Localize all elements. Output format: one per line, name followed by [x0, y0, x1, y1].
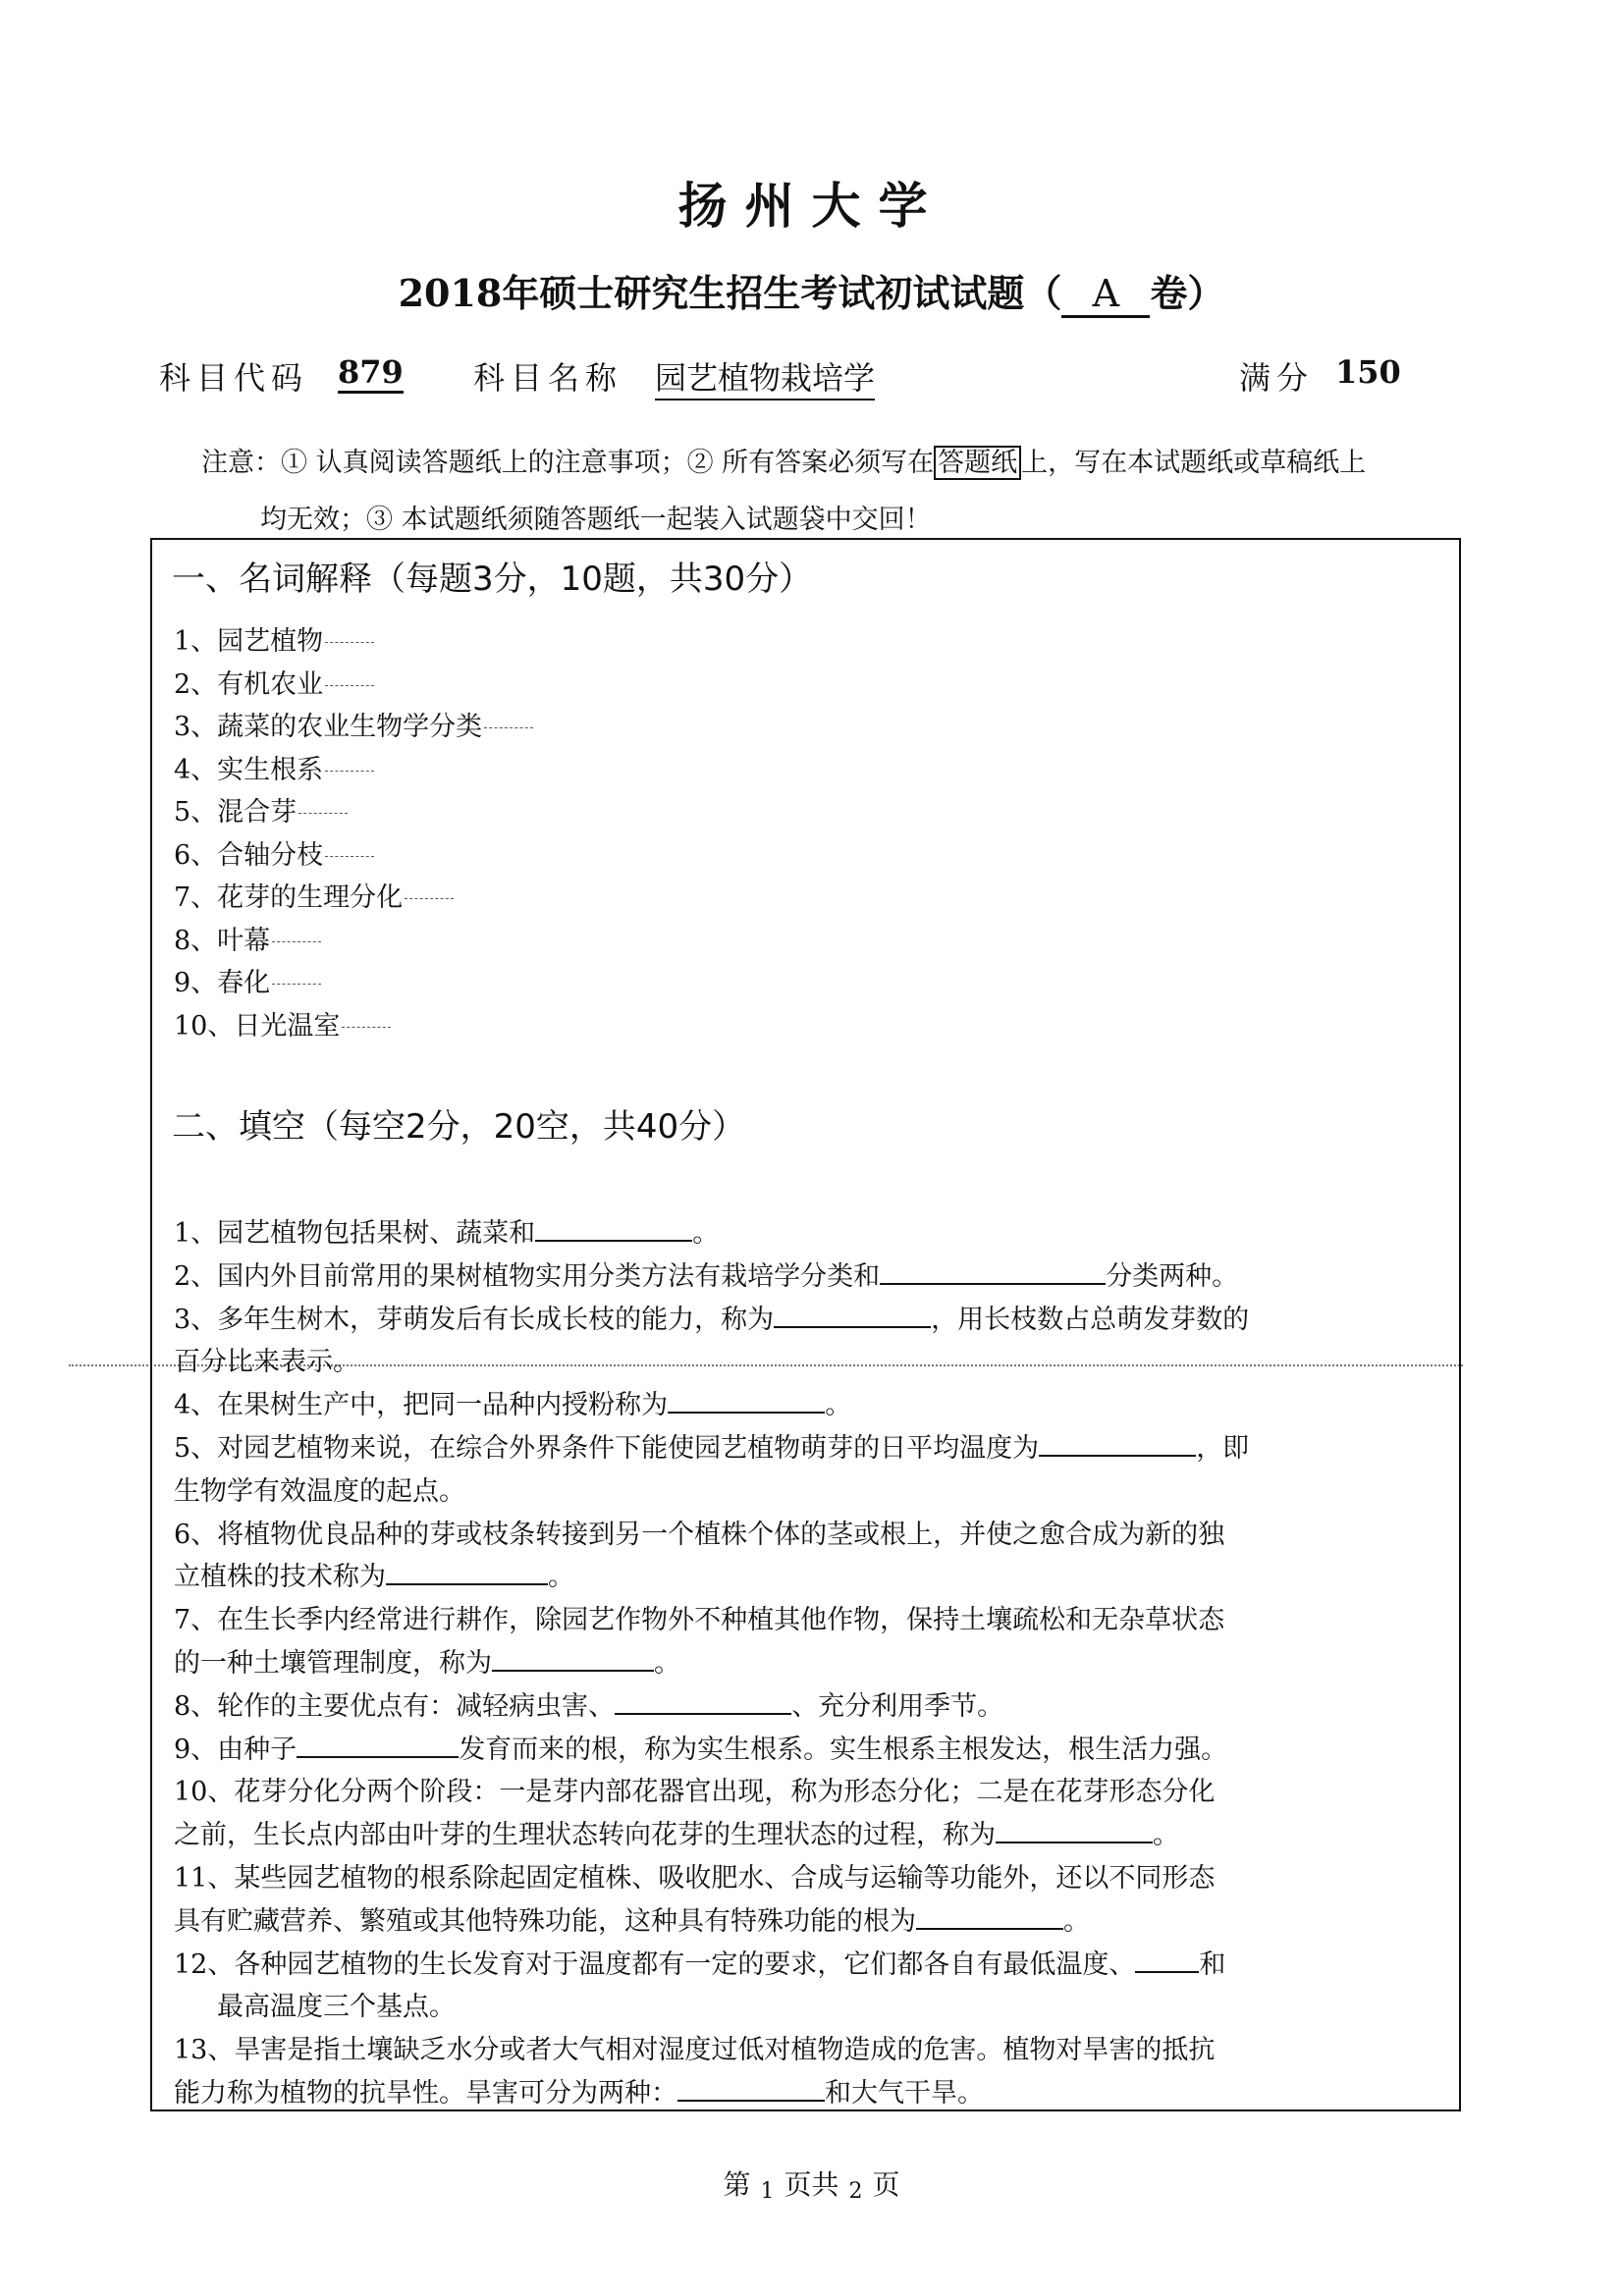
notice-text: ① 认真阅读答题纸上的注意事项；② 所有答案必须写在	[281, 448, 934, 478]
university-title: 扬州大学	[0, 167, 1623, 238]
exam-title-prefix: 2018年硕士研究生招生考试初试试题（	[399, 271, 1062, 315]
page-footer: 第1页共2页	[0, 2163, 1623, 2204]
subject-info-row: 科目代码 879 科目名称 园艺植物栽培学 满分 150	[159, 353, 1396, 402]
term-item: 3、蔬菜的农业生物学分类	[174, 706, 533, 749]
page-total: 2	[839, 2179, 873, 2204]
section-1-title: 一、名词解释（每题3分，10题，共30分）	[172, 552, 812, 600]
answer-blank	[492, 1642, 654, 1672]
question-11-cont: 具有贮藏营养、繁殖或其他特殊功能，这种具有特殊功能的根为。	[174, 1900, 1440, 1944]
term-item: 6、合轴分枝	[174, 834, 533, 878]
answer-blank	[1039, 1427, 1196, 1457]
question-6: 6、将植物优良品种的芽或枝条转接到另一个植株个体的茎或根上，并使之愈合成为新的独	[174, 1514, 1440, 1557]
answer-blank	[677, 2072, 825, 2102]
question-11: 11、某些园艺植物的根系除起固定植株、吸收肥水、合成与运输等功能外，还以不同形态	[174, 1857, 1440, 1900]
answer-blank	[297, 1729, 459, 1758]
subject-name-label: 科目名称	[473, 353, 622, 399]
term-item: 5、混合芽	[174, 791, 533, 834]
question-5-cont: 生物学有效温度的起点。	[174, 1470, 1440, 1514]
term-list: 1、园艺植物 2、有机农业 3、蔬菜的农业生物学分类 4、实生根系 5、混合芽 …	[174, 620, 533, 1047]
question-8: 8、轮作的主要优点有：减轻病虫害、、充分利用季节。	[174, 1685, 1440, 1729]
question-12: 12、各种园艺植物的生长发育对于温度都有一定的要求，它们都各自有最低温度、和	[174, 1944, 1440, 1987]
question-5: 5、对园艺植物来说，在综合外界条件下能使园艺植物萌芽的日平均温度为，即	[174, 1427, 1440, 1470]
notice-text: 上，写在本试题纸或草稿纸上	[1021, 448, 1366, 478]
page-prefix: 第	[723, 2168, 750, 2201]
notice: 注意：① 认真阅读答题纸上的注意事项；② 所有答案必须写在答题纸上，写在本试题纸…	[201, 435, 1468, 549]
page-current: 1	[750, 2179, 784, 2204]
answer-blank	[535, 1212, 692, 1242]
question-13-cont: 能力称为植物的抗旱性。旱害可分为两种：和大气干旱。	[174, 2072, 1440, 2115]
term-item: 4、实生根系	[174, 749, 533, 792]
question-7: 7、在生长季内经常进行耕作，除园艺作物外不种植其他作物，保持土壤疏松和无杂草状态	[174, 1599, 1440, 1642]
paper-version: A	[1061, 272, 1150, 318]
question-10-cont: 之前，生长点内部由叶芽的生理状态转向花芽的生理状态的过程，称为。	[174, 1814, 1440, 1857]
fill-in-list: 1、园艺植物包括果树、蔬菜和。 2、国内外目前常用的果树植物实用分类方法有栽培学…	[174, 1212, 1440, 2115]
full-score: 150	[1335, 353, 1401, 391]
question-9: 9、由种子发育而来的根，称为实生根系。实生根系主根发达，根生活力强。	[174, 1729, 1440, 1772]
answer-blank	[916, 1900, 1063, 1930]
term-item: 8、叶幕	[174, 920, 533, 963]
answer-blank	[668, 1384, 825, 1414]
page-middle: 页共	[784, 2168, 839, 2201]
answer-sheet-boxed: 答题纸	[934, 446, 1021, 480]
exam-title-suffix: 卷）	[1150, 271, 1224, 315]
question-12-cont: 最高温度三个基点。	[174, 1986, 1440, 2029]
answer-blank	[774, 1299, 931, 1328]
answer-blank	[996, 1814, 1153, 1843]
answer-blank	[880, 1255, 1106, 1285]
question-10: 10、花芽分化分两个阶段：一是芽内部花器官出现，称为形态分化；二是在花芽形态分化	[174, 1771, 1440, 1814]
term-item: 9、春化	[174, 962, 533, 1005]
term-item: 2、有机农业	[174, 664, 533, 707]
question-2: 2、国内外目前常用的果树植物实用分类方法有栽培学分类和分类两种。	[174, 1255, 1440, 1299]
question-box: 一、名词解释（每题3分，10题，共30分） 1、园艺植物 2、有机农业 3、蔬菜…	[150, 538, 1461, 2111]
subject-code: 879	[338, 353, 404, 394]
answer-blank	[386, 1556, 548, 1585]
term-item: 7、花芽的生理分化	[174, 877, 533, 920]
question-3: 3、多年生树木，芽萌发后有长成长枝的能力，称为，用长枝数占总萌发芽数的	[174, 1299, 1440, 1342]
term-item: 1、园艺植物	[174, 620, 533, 664]
full-score-label: 满分	[1239, 353, 1314, 399]
notice-line-1: 注意：① 认真阅读答题纸上的注意事项；② 所有答案必须写在答题纸上，写在本试题纸…	[201, 435, 1468, 492]
subject-name: 园艺植物栽培学	[655, 353, 875, 400]
question-7-cont: 的一种土壤管理制度，称为。	[174, 1642, 1440, 1685]
exam-title: 2018年硕士研究生招生考试初试试题（A卷）	[0, 263, 1623, 318]
question-3-cont: 百分比来表示。	[174, 1341, 1440, 1384]
question-1: 1、园艺植物包括果树、蔬菜和。	[174, 1212, 1440, 1255]
question-4: 4、在果树生产中，把同一品种内授粉称为。	[174, 1384, 1440, 1427]
subject-code-label: 科目代码	[159, 353, 308, 399]
page-suffix: 页	[873, 2168, 900, 2201]
answer-blank	[1135, 1944, 1199, 1973]
section-2-title: 二、填空（每空2分，20空，共40分）	[172, 1099, 745, 1148]
notice-label: 注意：	[201, 448, 281, 478]
answer-blank	[615, 1685, 791, 1715]
question-6-cont: 立植株的技术称为。	[174, 1556, 1440, 1599]
question-13: 13、旱害是指土壤缺乏水分或者大气相对湿度过低对植物造成的危害。植物对旱害的抵抗	[174, 2029, 1440, 2072]
term-item: 10、日光温室	[174, 1005, 533, 1048]
